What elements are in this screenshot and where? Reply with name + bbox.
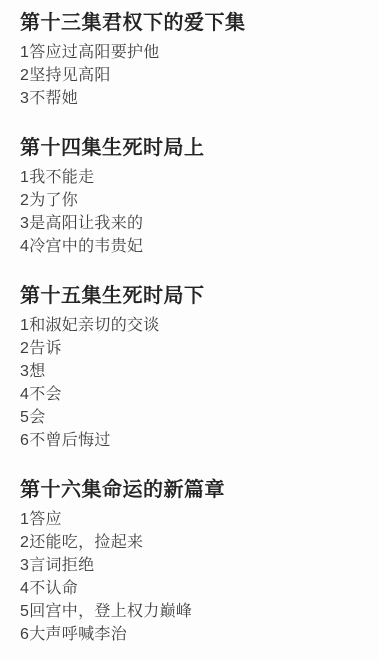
option-item: 1和淑妃亲切的交谈 xyxy=(20,314,363,337)
option-item: 6不曾后悔过 xyxy=(20,429,363,452)
option-item: 4冷宫中的韦贵妃 xyxy=(20,235,363,258)
option-item: 4不认命 xyxy=(20,577,363,600)
option-item: 3是高阳让我来的 xyxy=(20,212,363,235)
option-item: 3言词拒绝 xyxy=(20,554,363,577)
episode-guide-page: 第十三集君权下的爱下集 1答应过高阳要护他2坚持见高阳3不帮她 第十四集生死时局… xyxy=(0,0,379,661)
episode-title: 第十五集生死时局下 xyxy=(20,282,363,310)
option-item: 6大声呼喊李治 xyxy=(20,623,363,646)
option-item: 5回宫中，登上权力巅峰 xyxy=(20,600,363,623)
option-list: 1和淑妃亲切的交谈2告诉3想4不会5会6不曾后悔过 xyxy=(20,314,363,452)
episode-title: 第十六集命运的新篇章 xyxy=(20,476,363,504)
option-item: 2还能吃，捡起来 xyxy=(20,531,363,554)
option-item: 2坚持见高阳 xyxy=(20,64,363,87)
option-list: 1我不能走2为了你3是高阳让我来的4冷宫中的韦贵妃 xyxy=(20,166,363,258)
option-list: 1答应2还能吃，捡起来3言词拒绝4不认命5回宫中，登上权力巅峰6大声呼喊李治 xyxy=(20,508,363,646)
episode-title: 第十三集君权下的爱下集 xyxy=(20,9,363,37)
option-list: 1答应过高阳要护他2坚持见高阳3不帮她 xyxy=(20,41,363,110)
episode-section-list: 第十三集君权下的爱下集 1答应过高阳要护他2坚持见高阳3不帮她 第十四集生死时局… xyxy=(20,9,363,646)
episode-section: 第十四集生死时局上 1我不能走2为了你3是高阳让我来的4冷宫中的韦贵妃 xyxy=(20,134,363,258)
option-item: 2为了你 xyxy=(20,189,363,212)
option-item: 1答应过高阳要护他 xyxy=(20,41,363,64)
episode-title: 第十四集生死时局上 xyxy=(20,134,363,162)
option-item: 4不会 xyxy=(20,383,363,406)
episode-section: 第十五集生死时局下 1和淑妃亲切的交谈2告诉3想4不会5会6不曾后悔过 xyxy=(20,282,363,452)
episode-section: 第十三集君权下的爱下集 1答应过高阳要护他2坚持见高阳3不帮她 xyxy=(20,9,363,110)
option-item: 3想 xyxy=(20,360,363,383)
option-item: 1我不能走 xyxy=(20,166,363,189)
option-item: 5会 xyxy=(20,406,363,429)
option-item: 3不帮她 xyxy=(20,87,363,110)
option-item: 1答应 xyxy=(20,508,363,531)
episode-section: 第十六集命运的新篇章 1答应2还能吃，捡起来3言词拒绝4不认命5回宫中，登上权力… xyxy=(20,476,363,646)
option-item: 2告诉 xyxy=(20,337,363,360)
